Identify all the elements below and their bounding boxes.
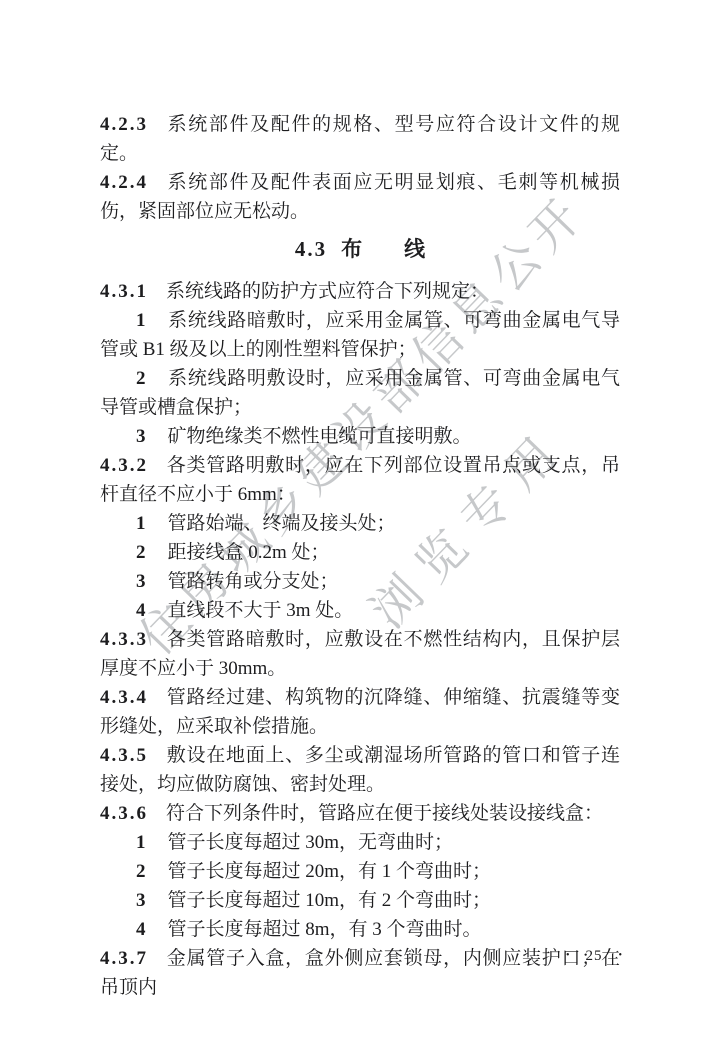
clause-number: 4.3.1 <box>100 281 148 302</box>
subitem-number: 3 <box>136 426 146 447</box>
subitem-text: 管子长度每超过 30m，无弯曲时； <box>168 832 454 853</box>
subitem-4-3-1-3: 3矿物绝缘类不燃性电缆可直接明敷。 <box>100 422 620 451</box>
clause-number: 4.3.5 <box>100 745 148 766</box>
clause-text: 系统部件及配件表面应无明显划痕、毛刺等机械损伤，紧固部位应无松动。 <box>100 172 620 222</box>
subitem-text: 矿物绝缘类不燃性电缆可直接明敷。 <box>168 426 472 447</box>
subitem-4-3-6-2: 2管子长度每超过 20m，有 1 个弯曲时； <box>100 857 620 886</box>
clause-number: 4.3.4 <box>100 687 148 708</box>
clause-4-3-5: 4.3.5敷设在地面上、多尘或潮湿场所管路的管口和管子连接处，均应做防腐蚀、密封… <box>100 741 620 799</box>
clause-4-3-6: 4.3.6符合下列条件时，管路应在便于接线处装设接线盒： <box>100 799 620 828</box>
section-title: 布 线 <box>341 237 425 261</box>
subitem-4-3-2-4: 4直线段不大于 3m 处。 <box>100 596 620 625</box>
clause-text: 管路经过建、构筑物的沉降缝、伸缩缝、抗震缝等变形缝处，应采取补偿措施。 <box>100 687 620 737</box>
clause-number: 4.2.3 <box>100 114 148 135</box>
clause-number: 4.3.2 <box>100 455 148 476</box>
subitem-number: 3 <box>136 571 146 592</box>
clause-text: 系统部件及配件的规格、型号应符合设计文件的规定。 <box>100 114 620 164</box>
subitem-4-3-2-1: 1管路始端、终端及接头处； <box>100 509 620 538</box>
subitem-number: 1 <box>136 310 146 331</box>
subitem-4-3-2-3: 3管路转角或分支处； <box>100 567 620 596</box>
subitem-4-3-6-3: 3管子长度每超过 10m，有 2 个弯曲时； <box>100 886 620 915</box>
footer-left-dot: • <box>566 946 570 966</box>
clause-text: 敷设在地面上、多尘或潮湿场所管路的管口和管子连接处，均应做防腐蚀、密封处理。 <box>100 745 620 795</box>
clause-text: 各类管路暗敷时，应敷设在不燃性结构内，且保护层厚度不应小于 30mm。 <box>100 629 620 679</box>
clause-text: 各类管路明敷时，应在下列部位设置吊点或支点，吊杆直径不应小于 6mm： <box>100 455 620 505</box>
clause-4-3-3: 4.3.3各类管路暗敷时，应敷设在不燃性结构内，且保护层厚度不应小于 30mm。 <box>100 625 620 683</box>
subitem-4-3-1-2: 2系统线路明敷设时，应采用金属管、可弯曲金属电气导管或槽盒保护； <box>100 364 620 422</box>
clause-text: 金属管子入盒，盒外侧应套锁母，内侧应装护口；在吊顶内 <box>100 948 620 998</box>
clause-4-3-2: 4.3.2各类管路明敷时，应在下列部位设置吊点或支点，吊杆直径不应小于 6mm： <box>100 451 620 509</box>
clause-number: 4.3.6 <box>100 803 148 824</box>
section-heading: 4.3布 线 <box>100 235 620 264</box>
subitem-text: 系统线路暗敷时，应采用金属管、可弯曲金属电气导管或 B1 级及以上的刚性塑料管保… <box>100 310 620 360</box>
document-body: 4.2.3系统部件及配件的规格、型号应符合设计文件的规定。 4.2.4系统部件及… <box>100 110 620 1002</box>
subitem-number: 2 <box>136 542 146 563</box>
clause-4-3-1: 4.3.1系统线路的防护方式应符合下列规定： <box>100 277 620 306</box>
subitem-number: 4 <box>136 600 146 621</box>
clause-4-2-3: 4.2.3系统部件及配件的规格、型号应符合设计文件的规定。 <box>100 110 620 168</box>
subitem-text: 管路转角或分支处； <box>168 571 339 592</box>
subitem-number: 2 <box>136 368 146 389</box>
clause-4-2-4: 4.2.4系统部件及配件表面应无明显划痕、毛刺等机械损伤，紧固部位应无松动。 <box>100 168 620 226</box>
subitem-number: 4 <box>136 919 146 940</box>
clause-number: 4.2.4 <box>100 172 148 193</box>
subitem-text: 距接线盒 0.2m 处； <box>168 542 330 563</box>
clause-number: 4.3.7 <box>100 948 148 969</box>
clause-text: 符合下列条件时，管路应在便于接线处装设接线盒： <box>166 803 603 824</box>
subitem-text: 直线段不大于 3m 处。 <box>168 600 354 621</box>
subitem-text: 管子长度每超过 8m，有 3 个弯曲时。 <box>168 919 482 940</box>
footer-right-dot: • <box>618 946 622 966</box>
subitem-number: 1 <box>136 832 146 853</box>
clause-number: 4.3.3 <box>100 629 148 650</box>
subitem-text: 管子长度每超过 20m，有 1 个弯曲时； <box>168 861 492 882</box>
subitem-4-3-6-4: 4管子长度每超过 8m，有 3 个弯曲时。 <box>100 915 620 944</box>
subitem-text: 管路始端、终端及接头处； <box>168 513 396 534</box>
clause-4-3-7: 4.3.7金属管子入盒，盒外侧应套锁母，内侧应装护口；在吊顶内 <box>100 944 620 1002</box>
subitem-number: 1 <box>136 513 146 534</box>
section-number: 4.3 <box>295 237 327 261</box>
subitem-text: 系统线路明敷设时，应采用金属管、可弯曲金属电气导管或槽盒保护； <box>100 368 620 418</box>
document-page: 住房城乡建设部信息公开 浏览专用 4.2.3系统部件及配件的规格、型号应符合设计… <box>0 0 720 1043</box>
subitem-4-3-1-1: 1系统线路暗敷时，应采用金属管、可弯曲金属电气导管或 B1 级及以上的刚性塑料管… <box>100 306 620 364</box>
clause-4-3-4: 4.3.4管路经过建、构筑物的沉降缝、伸缩缝、抗震缝等变形缝处，应采取补偿措施。 <box>100 683 620 741</box>
clause-text: 系统线路的防护方式应符合下列规定： <box>166 281 489 302</box>
page-number: 25 <box>586 948 603 965</box>
subitem-4-3-6-1: 1管子长度每超过 30m，无弯曲时； <box>100 828 620 857</box>
page-footer: • 25 • <box>566 946 622 966</box>
subitem-4-3-2-2: 2距接线盒 0.2m 处； <box>100 538 620 567</box>
subitem-number: 3 <box>136 890 146 911</box>
subitem-number: 2 <box>136 861 146 882</box>
subitem-text: 管子长度每超过 10m，有 2 个弯曲时； <box>168 890 492 911</box>
